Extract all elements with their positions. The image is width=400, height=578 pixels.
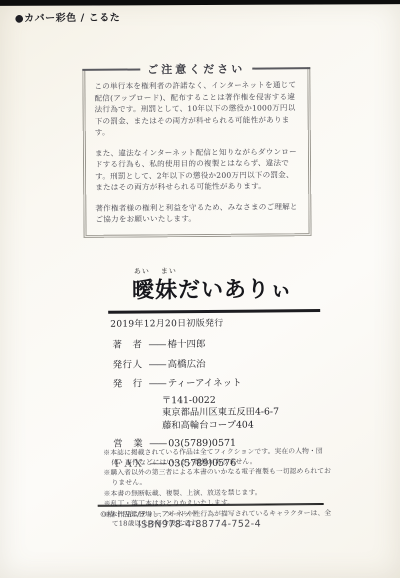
author-name: 椿十四郎 [167,336,205,350]
book-title: 曖妹だいありぃ [132,272,293,304]
credit-label: 発 行 [113,375,147,389]
colophon-block: あい まい 曖妹だいありぃ 2019年12月20日初版発行 著 者 —— 椿十四… [110,265,340,267]
publisher-person-name: 高橋広治 [168,355,206,369]
copyright-notice-box: ご注意ください この単行本を権利者の許諾なく、インターネットを通じて配信(アップ… [82,67,311,238]
legal-note: ※本書の無断転載、複製、上演、放送を禁じます。 [104,488,336,499]
legal-note: ※本誌に掲載されている作品は全てフィクションです。実在の人物・団体・事件などには… [103,447,335,468]
cover-color-credit: ●カバー彩色 / こるた [15,9,120,25]
header-rule-right [252,67,310,69]
legal-note: ※購入者以外の第三者による本書のいかなる電子複製も一切認められておりません。 [103,467,335,488]
notice-box-header: ご注意ください [82,60,310,78]
title-underline [108,309,320,313]
publisher-address: 〒141-0022 東京都品川区東五反田4-6-7 藤和高輪台コープ404 [162,393,333,432]
publisher-name: ティーアイネット [168,375,242,390]
credit-dash: —— [149,359,166,370]
credit-dash: —— [148,339,165,350]
credit-dash: —— [149,378,166,389]
notice-paragraph: この単行本を権利者の許諾なく、インターネットを通じて配信(アップロード)、配布す… [94,79,298,138]
notice-paragraph: また、違法なインターネット配信と知りながらダウンロードする行為も、私的使用目的の… [95,146,299,194]
notice-title: ご注意ください [140,61,252,78]
credit-row-publisher-person: 発行人 —— 高橋広治 [113,354,333,370]
credit-label: 著 者 [112,336,146,350]
scanned-colophon-page: ●カバー彩色 / こるた ご注意ください この単行本を権利者の許諾なく、インター… [0,0,400,578]
page-content: ●カバー彩色 / こるた ご注意ください この単行本を権利者の許諾なく、インター… [0,0,400,578]
notice-paragraph: 著作権者様の権利と利益を守るため、みなさまのご理解とご協力をお願いいたします。 [95,201,299,226]
credit-row-author: 著 者 —— 椿十四郎 [112,335,332,351]
header-rule-left [82,68,140,70]
edition-date: 2019年12月20日初版発行 [110,316,223,330]
isbn-number: ISBN978-4-88774-752-4 [138,519,261,531]
address-building: 藤和高輪台コープ404 [162,419,333,433]
credit-row-publisher: 発 行 —— ティーアイネット [113,374,333,390]
credit-label: 発行人 [113,356,147,370]
